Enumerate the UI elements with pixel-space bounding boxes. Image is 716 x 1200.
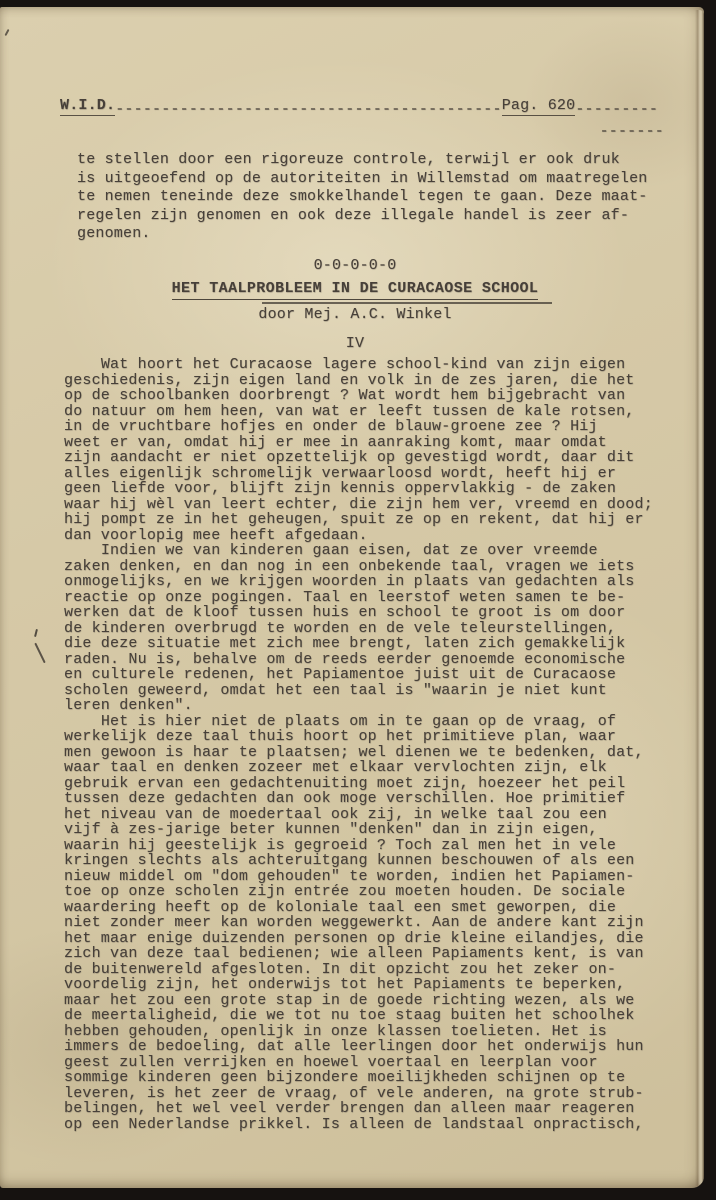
page-header: W.I.D.----------------------------------… <box>60 97 666 116</box>
scanned-document-page: W.I.D.----------------------------------… <box>0 0 716 1200</box>
document-code: W.I.D. <box>60 97 115 116</box>
section-separator: 0-0-0-0-0 <box>30 258 680 274</box>
header-dash-line-end: --------- <box>575 101 658 118</box>
body-paragraph: Wat hoort het Curacaose lagere school-ki… <box>64 357 670 543</box>
body-paragraph: Indien we van kinderen gaan eisen, dat z… <box>64 543 670 714</box>
page-stack-edge <box>695 10 704 1186</box>
article-title: HET TAALPROBLEEM IN DE CURACAOSE SCHOOL <box>30 281 680 300</box>
title-double-underline <box>262 302 552 304</box>
continuation-paragraph: te stellen door een rigoreuze controle, … <box>77 151 677 244</box>
chapter-number: IV <box>30 336 680 352</box>
body-paragraph: Het is hier niet de plaats om in te gaan… <box>64 714 670 1133</box>
header-dash-line-row2: ------- <box>600 123 664 140</box>
article-title-text: HET TAALPROBLEEM IN DE CURACAOSE SCHOOL <box>172 281 539 300</box>
page-number: Pag. 620 <box>502 97 576 116</box>
article-byline: door Mej. A.C. Winkel <box>30 307 680 323</box>
article-body: Wat hoort het Curacaose lagere school-ki… <box>64 357 670 1132</box>
header-dash-line: ----------------------------------------… <box>115 101 501 118</box>
